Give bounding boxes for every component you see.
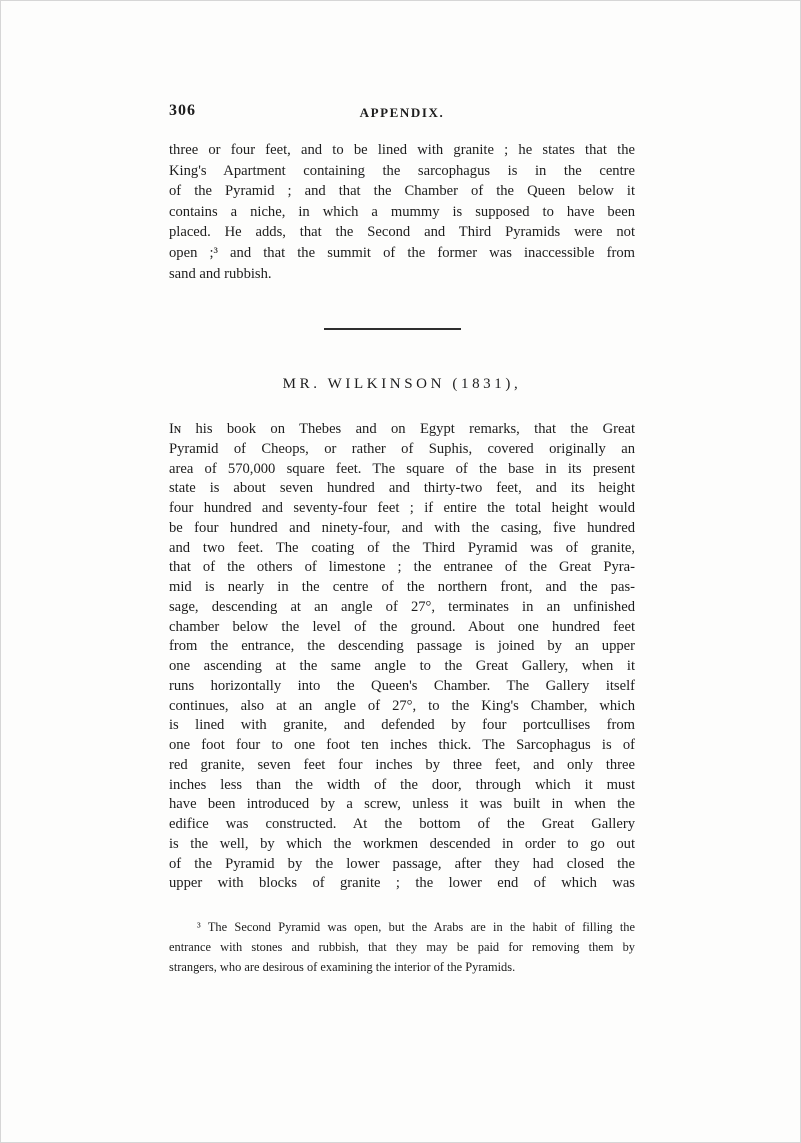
section-heading: MR. WILKINSON (1831), <box>169 376 635 393</box>
text-line: Pyramid of Cheops, or rather of Suphis, … <box>169 440 635 460</box>
text-line: Iɴ his book on Thebes and on Egypt remar… <box>169 420 635 440</box>
text-line: runs horizontally into the Queen's Chamb… <box>169 677 635 697</box>
text-line: of the Pyramid ; and that the Chamber of… <box>169 181 635 202</box>
footnote-line: strangers, who are desirous of examining… <box>169 957 635 977</box>
text-line: mid is nearly in the centre of the north… <box>169 578 635 598</box>
text-line: four hundred and seventy-four feet ; if … <box>169 499 635 519</box>
text-line: sand and rubbish. <box>169 264 635 285</box>
text-line: have been introduced by a screw, unless … <box>169 795 635 815</box>
footnote-line: ³ The Second Pyramid was open, but the A… <box>169 917 635 937</box>
body-paragraph: Iɴ his book on Thebes and on Egypt remar… <box>169 420 635 894</box>
text-line: one ascending at the same angle to the G… <box>169 657 635 677</box>
text-line: state is about seven hundred and thirty-… <box>169 479 635 499</box>
text-line: chamber below the level of the ground. A… <box>169 618 635 638</box>
text-line: be four hundred and ninety-four, and wit… <box>169 519 635 539</box>
text-line: placed. He adds, that the Second and Thi… <box>169 222 635 243</box>
text-line: from the entrance, the descending passag… <box>169 637 635 657</box>
text-line: upper with blocks of granite ; the lower… <box>169 874 635 894</box>
text-line: area of 570,000 square feet. The square … <box>169 460 635 480</box>
text-line: is the well, by which the workmen descen… <box>169 835 635 855</box>
text-line: one foot four to one foot ten inches thi… <box>169 736 635 756</box>
text-line: and two feet. The coating of the Third P… <box>169 539 635 559</box>
text-line: open ;³ and that the summit of the forme… <box>169 243 635 264</box>
text-line: edifice was constructed. At the bottom o… <box>169 815 635 835</box>
text-line: of the Pyramid by the lower passage, aft… <box>169 855 635 875</box>
footnote-line: entrance with stones and rubbish, that t… <box>169 937 635 957</box>
text-line: inches less than the width of the door, … <box>169 776 635 796</box>
running-head: 306 APPENDIX. <box>169 102 635 126</box>
section-divider-rule <box>324 328 461 330</box>
book-page: 306 APPENDIX. three or four feet, and to… <box>0 0 801 1143</box>
text-line: sage, descending at an angle of 27°, ter… <box>169 598 635 618</box>
text-line: is lined with granite, and defended by f… <box>169 716 635 736</box>
text-line: three or four feet, and to be lined with… <box>169 140 635 161</box>
text-line: contains a niche, in which a mummy is su… <box>169 202 635 223</box>
top-paragraph: three or four feet, and to be lined with… <box>169 140 635 284</box>
text-line: continues, also at an angle of 27°, to t… <box>169 697 635 717</box>
text-line: King's Apartment containing the sarcopha… <box>169 161 635 182</box>
text-line: that of the others of limestone ; the en… <box>169 558 635 578</box>
running-header-title: APPENDIX. <box>169 105 635 121</box>
footnote: ³ The Second Pyramid was open, but the A… <box>169 917 635 977</box>
text-line: red granite, seven feet four inches by t… <box>169 756 635 776</box>
